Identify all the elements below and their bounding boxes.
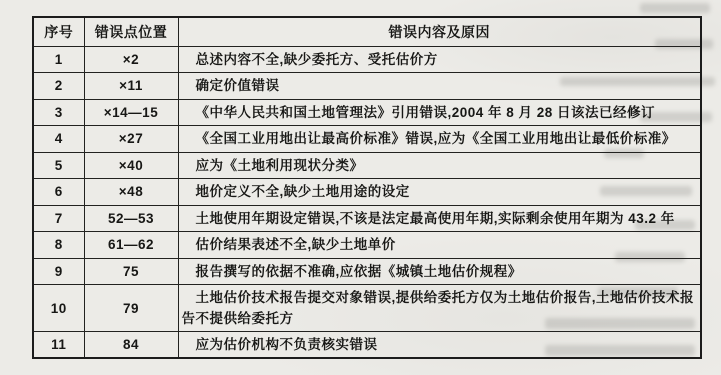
row-error-content: 土地估价技术报告提交对象错误,提供给委托方仅为土地估价报告,土地估价技术报告不提… — [178, 285, 701, 332]
header-row: 序号 错误点位置 错误内容及原因 — [33, 17, 701, 46]
row-serial-number: 11 — [33, 332, 84, 359]
bleedthrough-artifact — [640, 3, 710, 13]
header-error-content: 错误内容及原因 — [178, 17, 701, 46]
row-serial-number: 8 — [33, 232, 84, 259]
row-serial-number: 3 — [33, 99, 84, 126]
row-serial-number: 1 — [33, 46, 84, 73]
table-row: 10 79 土地估价技术报告提交对象错误,提供给委托方仅为土地估价报告,土地估价… — [33, 285, 701, 332]
row-error-location: 79 — [84, 285, 178, 332]
table-body: 1 ×2 总述内容不全,缺少委托方、受托估价方 2 ×11 确定价值错误 3 ×… — [33, 46, 701, 358]
table-row: 11 84 应为估价机构不负责核实错误 — [33, 332, 701, 359]
table-row: 5 ×40 应为《土地利用现状分类》 — [33, 152, 701, 179]
row-error-location: 52—53 — [84, 205, 178, 232]
table-header: 序号 错误点位置 错误内容及原因 — [33, 17, 701, 46]
row-serial-number: 7 — [33, 205, 84, 232]
table-row: 9 75 报告撰写的依据不准确,应依据《城镇土地估价规程》 — [33, 258, 701, 285]
row-error-location: ×14—15 — [84, 99, 178, 126]
row-serial-number: 6 — [33, 179, 84, 206]
row-error-content: 地价定义不全,缺少土地用途的设定 — [178, 179, 701, 206]
row-error-content: 确定价值错误 — [178, 73, 701, 100]
table-row: 3 ×14—15 《中华人民共和国土地管理法》引用错误,2004 年 8 月 2… — [33, 99, 701, 126]
row-serial-number: 4 — [33, 126, 84, 153]
table-row: 4 ×27 《全国工业用地出让最高价标准》错误,应为《全国工业用地出让最低价标准… — [33, 126, 701, 153]
row-error-location: ×48 — [84, 179, 178, 206]
row-error-location: ×27 — [84, 126, 178, 153]
row-error-content: 估价结果表述不全,缺少土地单价 — [178, 232, 701, 259]
row-serial-number: 2 — [33, 73, 84, 100]
table-row: 8 61—62 估价结果表述不全,缺少土地单价 — [33, 232, 701, 259]
row-error-content: 应为估价机构不负责核实错误 — [178, 332, 701, 359]
row-error-content: 总述内容不全,缺少委托方、受托估价方 — [178, 46, 701, 73]
table-row: 1 ×2 总述内容不全,缺少委托方、受托估价方 — [33, 46, 701, 73]
row-error-location: ×11 — [84, 73, 178, 100]
row-serial-number: 9 — [33, 258, 84, 285]
row-error-location: 84 — [84, 332, 178, 359]
row-error-content: 《中华人民共和国土地管理法》引用错误,2004 年 8 月 28 日该法已经修订 — [178, 99, 701, 126]
table-row: 2 ×11 确定价值错误 — [33, 73, 701, 100]
table-row: 6 ×48 地价定义不全,缺少土地用途的设定 — [33, 179, 701, 206]
row-error-content: 《全国工业用地出让最高价标准》错误,应为《全国工业用地出让最低价标准》 — [178, 126, 701, 153]
header-serial-number: 序号 — [33, 17, 84, 46]
row-error-content: 应为《土地利用现状分类》 — [178, 152, 701, 179]
error-list-table: 序号 错误点位置 错误内容及原因 1 ×2 总述内容不全,缺少委托方、受托估价方… — [32, 16, 702, 359]
table-row: 7 52—53 土地使用年期设定错误,不该是法定最高使用年期,实际剩余使用年期为… — [33, 205, 701, 232]
row-serial-number: 5 — [33, 152, 84, 179]
row-error-content: 土地使用年期设定错误,不该是法定最高使用年期,实际剩余使用年期为 43.2 年 — [178, 205, 701, 232]
row-error-location: ×40 — [84, 152, 178, 179]
row-error-location: ×2 — [84, 46, 178, 73]
row-error-content: 报告撰写的依据不准确,应依据《城镇土地估价规程》 — [178, 258, 701, 285]
scanned-page: 序号 错误点位置 错误内容及原因 1 ×2 总述内容不全,缺少委托方、受托估价方… — [0, 0, 721, 375]
row-error-location: 75 — [84, 258, 178, 285]
header-error-location: 错误点位置 — [84, 17, 178, 46]
row-serial-number: 10 — [33, 285, 84, 332]
row-error-location: 61—62 — [84, 232, 178, 259]
